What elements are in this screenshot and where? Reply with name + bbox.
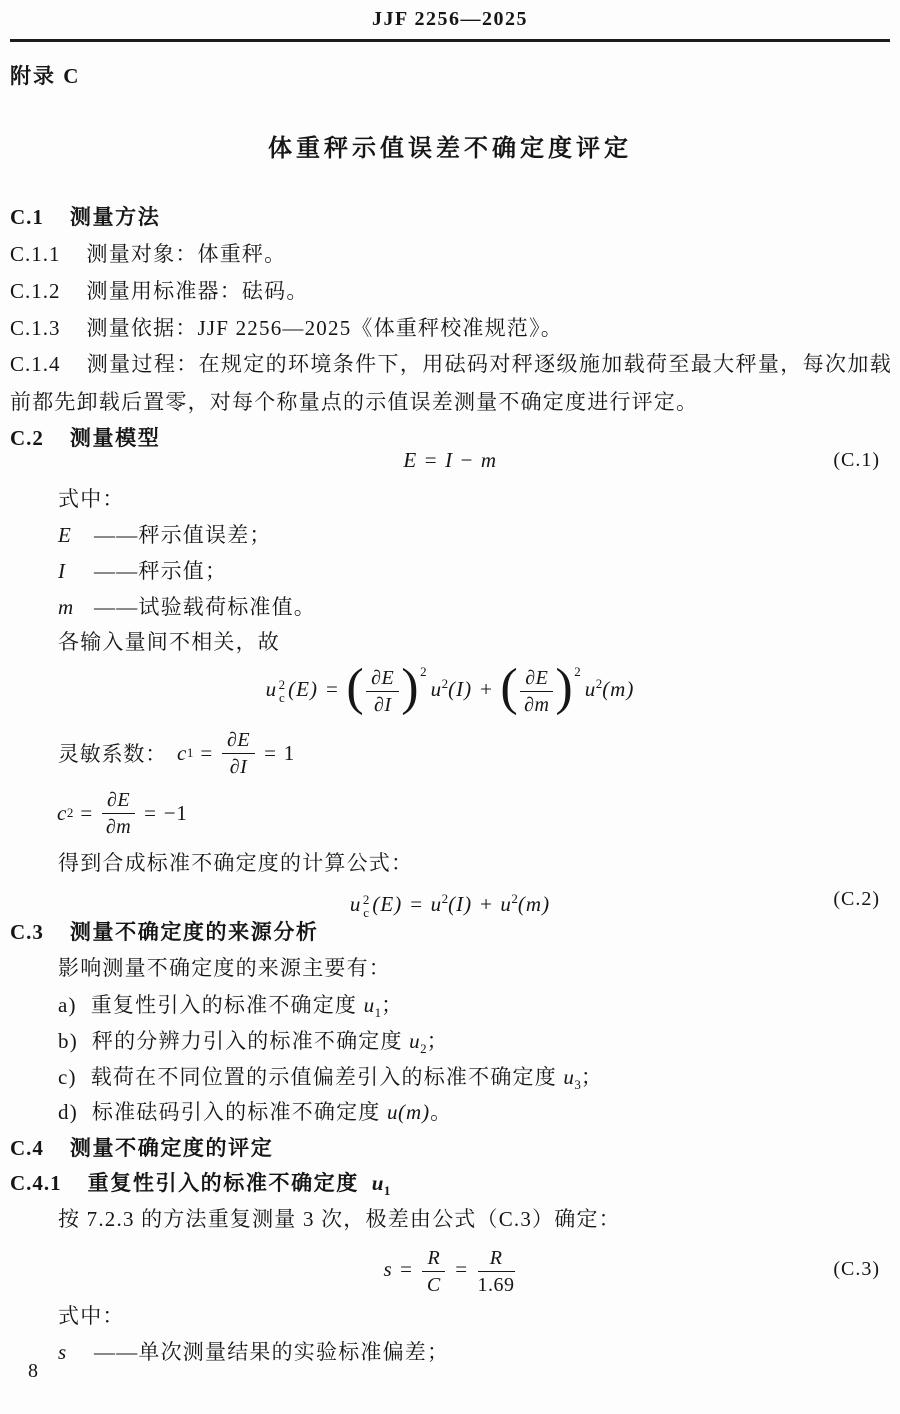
clause-number: C.1.1 bbox=[10, 242, 61, 266]
item-text: 载荷在不同位置的示值偏差引入的标准不确定度 bbox=[91, 1065, 557, 1089]
fraction-numerator: R bbox=[478, 1246, 515, 1272]
formula-number: (C.2) bbox=[833, 878, 880, 920]
variable-symbol: s bbox=[58, 1338, 94, 1366]
combined-uncertainty-note: 得到合成标准不确定度的计算公式： bbox=[58, 849, 413, 877]
formula-c3: s=RC=R1.69 (C.3) bbox=[0, 1238, 900, 1300]
punctuation: ； bbox=[381, 993, 403, 1017]
uncertainty-symbol: u bbox=[387, 1100, 398, 1124]
clause-title: 测量不确定度的评定 bbox=[70, 1136, 273, 1160]
formula-argument: (m) bbox=[518, 892, 550, 916]
sensitivity-label: 灵敏系数： bbox=[58, 738, 167, 768]
formula-term: u bbox=[585, 677, 596, 701]
uncertainty-symbol: u bbox=[364, 993, 375, 1017]
clause-text: 测量用标准器：砝码。 bbox=[87, 279, 309, 303]
punctuation: ； bbox=[581, 1065, 603, 1089]
formula-argument: (I) bbox=[448, 677, 472, 701]
clause-number: C.1.2 bbox=[10, 279, 61, 303]
formula-combined-variance: u2c(E)=(∂E∂I)2u2(I)+(∂E∂m)2u2(m) bbox=[0, 652, 900, 716]
source-item-d: d)标准砝码引入的标准不确定度 u(m)。 bbox=[58, 1098, 452, 1134]
uncertainty-symbol: u bbox=[563, 1065, 574, 1089]
clause-c1-heading: C.1测量方法 bbox=[10, 203, 160, 231]
repeatability-intro: 按 7.2.3 的方法重复测量 3 次，极差由公式（C.3）确定： bbox=[58, 1205, 621, 1233]
item-text: 标准砝码引入的标准不确定度 bbox=[92, 1100, 381, 1124]
left-paren: ( bbox=[346, 668, 364, 708]
variable-symbol: I bbox=[58, 557, 94, 585]
variable-description: ——试验载荷标准值。 bbox=[94, 595, 316, 619]
equals-sign: = bbox=[326, 677, 338, 701]
clause-title: 测量不确定度的来源分析 bbox=[70, 920, 319, 944]
fraction-numerator: R bbox=[422, 1246, 445, 1272]
clause-text: 测量过程：在规定的环境条件下，用砝码对秤逐级施加载荷至最大秤量，每次加载前都先卸… bbox=[10, 352, 892, 414]
exponent: 2 bbox=[574, 640, 581, 704]
variable-definition: I——秤示值； bbox=[58, 557, 227, 585]
formula-term: E bbox=[403, 448, 416, 472]
source-item-a: a)重复性引入的标准不确定度 u1； bbox=[58, 991, 403, 1027]
header-doc-code: JJF 2256—2025 bbox=[0, 8, 900, 31]
clause-c14-paragraph: C.1.4测量过程：在规定的环境条件下，用砝码对秤逐级施加载荷至最大秤量，每次加… bbox=[10, 345, 892, 421]
fraction-denominator: ∂m bbox=[102, 814, 135, 839]
appendix-label: 附录 C bbox=[10, 60, 80, 90]
document-title: 体重秤示值误差不确定度评定 bbox=[0, 128, 900, 163]
right-paren: ) bbox=[555, 668, 573, 708]
item-label: c) bbox=[58, 1065, 77, 1089]
formula-argument: (I) bbox=[448, 892, 472, 916]
variable-definition: m——试验载荷标准值。 bbox=[58, 593, 316, 621]
where-label: 式中： bbox=[58, 485, 125, 513]
clause-c41-heading: C.4.1重复性引入的标准不确定度 u1 bbox=[10, 1169, 390, 1205]
formula-term: u bbox=[431, 677, 442, 701]
source-item-b: b)秤的分辨力引入的标准不确定度 u2； bbox=[58, 1027, 449, 1063]
sources-intro: 影响测量不确定度的来源主要有： bbox=[58, 954, 391, 982]
subscript: 1 bbox=[187, 745, 194, 761]
where-label: 式中： bbox=[58, 1302, 125, 1330]
formula-c2: u2c(E)=u2(I)+u2(m) (C.2) bbox=[0, 878, 900, 920]
punctuation: 。 bbox=[430, 1100, 452, 1124]
clause-title: 测量方法 bbox=[70, 205, 160, 229]
item-label: a) bbox=[58, 993, 77, 1017]
subscript: 2 bbox=[67, 805, 74, 821]
plus-sign: + bbox=[480, 892, 492, 916]
formula-c1: E=I−m (C.1) bbox=[0, 440, 900, 480]
sensitivity-coefficient-c1: 灵敏系数： c1=∂E∂I=1 bbox=[58, 725, 295, 781]
fraction-numerator: ∂E bbox=[102, 788, 135, 814]
source-item-c: c)载荷在不同位置的示值偏差引入的标准不确定度 u3； bbox=[58, 1063, 603, 1099]
document-page: JJF 2256—2025 附录 C 体重秤示值误差不确定度评定 C.1测量方法… bbox=[0, 0, 900, 1414]
equals-sign: = bbox=[144, 801, 157, 826]
formula-term: I bbox=[445, 448, 453, 472]
coefficient-symbol: c bbox=[177, 741, 187, 766]
clause-c4-heading: C.4测量不确定度的评定 bbox=[10, 1134, 273, 1162]
variable-description: ——秤示值； bbox=[94, 559, 227, 583]
variable-definition: E——秤示值误差； bbox=[58, 521, 272, 549]
clause-c13-line: C.1.3测量依据：JJF 2256—2025《体重秤校准规范》。 bbox=[10, 314, 563, 342]
clause-number: C.4.1 bbox=[10, 1171, 62, 1195]
left-paren: ( bbox=[500, 668, 518, 708]
formula-term: s bbox=[383, 1257, 392, 1281]
equals-sign: = bbox=[80, 801, 93, 826]
item-label: d) bbox=[58, 1100, 78, 1124]
formula-term: u bbox=[500, 892, 511, 916]
plus-sign: + bbox=[480, 677, 492, 701]
fraction-numerator: ∂E bbox=[366, 666, 399, 692]
header-rule bbox=[10, 39, 890, 42]
formula-term: u bbox=[350, 892, 361, 916]
item-label: b) bbox=[58, 1029, 78, 1053]
clause-number: C.4 bbox=[10, 1136, 44, 1160]
formula-argument: (m) bbox=[398, 1100, 430, 1124]
clause-number: C.3 bbox=[10, 920, 44, 944]
fraction-denominator: ∂m bbox=[520, 692, 553, 717]
formula-argument: (m) bbox=[602, 677, 634, 701]
formula-argument: (E) bbox=[372, 892, 402, 916]
equals-sign: = bbox=[200, 741, 213, 766]
variable-definition: s——单次测量结果的实验标准偏差； bbox=[58, 1338, 449, 1366]
formula-argument: (E) bbox=[288, 677, 318, 701]
equals-sign: = bbox=[264, 741, 277, 766]
formula-term: m bbox=[481, 448, 497, 472]
fraction-denominator: ∂I bbox=[366, 692, 399, 717]
coefficient-value: −1 bbox=[164, 801, 188, 826]
clause-text: 测量对象：体重秤。 bbox=[87, 242, 287, 266]
variable-symbol: m bbox=[58, 593, 94, 621]
clause-c12-line: C.1.2测量用标准器：砝码。 bbox=[10, 277, 309, 305]
formula-number: (C.1) bbox=[833, 440, 880, 480]
subscript: c bbox=[363, 906, 369, 919]
coefficient-value: 1 bbox=[284, 741, 295, 766]
variable-symbol: E bbox=[58, 521, 94, 549]
clause-number: C.1.4 bbox=[10, 352, 61, 376]
fraction-denominator: ∂I bbox=[222, 754, 255, 779]
sensitivity-coefficient-c2: c2=∂E∂m=−1 bbox=[57, 785, 188, 841]
punctuation: ； bbox=[427, 1029, 449, 1053]
coefficient-symbol: c bbox=[57, 801, 67, 826]
formula-number: (C.3) bbox=[833, 1238, 880, 1300]
exponent: 2 bbox=[420, 640, 427, 704]
fraction-numerator: ∂E bbox=[222, 728, 255, 754]
uncertainty-symbol: u bbox=[372, 1171, 384, 1195]
clause-number: C.1.3 bbox=[10, 316, 61, 340]
clause-c11-line: C.1.1测量对象：体重秤。 bbox=[10, 240, 286, 268]
clause-title: 重复性引入的标准不确定度 bbox=[88, 1171, 359, 1195]
fraction-numerator: ∂E bbox=[520, 666, 553, 692]
variable-description: ——单次测量结果的实验标准偏差； bbox=[94, 1340, 449, 1364]
clause-text: 测量依据：JJF 2256—2025《体重秤校准规范》。 bbox=[87, 316, 563, 340]
formula-term: u bbox=[431, 892, 442, 916]
subscript: 1 bbox=[384, 1183, 391, 1198]
uncertainty-symbol: u bbox=[409, 1029, 420, 1053]
equals-sign: = bbox=[455, 1257, 467, 1281]
fraction-denominator: 1.69 bbox=[478, 1272, 515, 1297]
right-paren: ) bbox=[401, 668, 419, 708]
clause-number: C.1 bbox=[10, 205, 44, 229]
variable-description: ——秤示值误差； bbox=[94, 523, 272, 547]
item-text: 重复性引入的标准不确定度 bbox=[91, 993, 357, 1017]
clause-c3-heading: C.3测量不确定度的来源分析 bbox=[10, 918, 319, 946]
equals-sign: = bbox=[425, 448, 437, 472]
equals-sign: = bbox=[400, 1257, 412, 1281]
subscript: c bbox=[279, 691, 285, 704]
page-number: 8 bbox=[28, 1360, 38, 1383]
formula-term: u bbox=[266, 677, 277, 701]
minus-sign: − bbox=[461, 448, 473, 472]
fraction-denominator: C bbox=[422, 1272, 445, 1297]
item-text: 秤的分辨力引入的标准不确定度 bbox=[92, 1029, 403, 1053]
equals-sign: = bbox=[410, 892, 422, 916]
